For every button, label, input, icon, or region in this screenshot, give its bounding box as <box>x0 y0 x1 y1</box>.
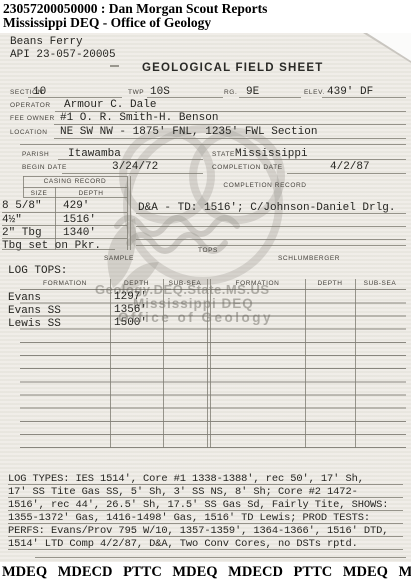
casing-size-header: SIZE <box>23 190 55 197</box>
begin-date-value: 3/24/72 <box>112 161 158 173</box>
formation-row-2: Evans SS <box>8 305 61 317</box>
rg-label: RG. <box>224 89 237 96</box>
completion-date-label: COMPLETION DATE <box>212 164 283 171</box>
completion-date-value: 4/2/87 <box>330 161 370 173</box>
sample-label: SAMPLE <box>104 255 134 262</box>
operator-label: OPERATOR <box>10 102 51 109</box>
fee-owner-label: FEE OWNER <box>10 115 55 122</box>
formation-row-3: Lewis SS <box>8 318 61 330</box>
formation-row-1: Evans <box>8 292 41 304</box>
api-number: API 23-057-20005 <box>10 49 116 61</box>
casing-depth-1: 429' <box>63 200 89 212</box>
schlumberger-label: SCHLUMBERGER <box>278 255 340 262</box>
casing-size-1: 8 5/8" <box>2 200 42 212</box>
fee-owner-value: #1 O. R. Smith-H. Benson <box>60 112 218 124</box>
well-name: Beans Ferry <box>10 36 83 48</box>
log-tops-label: LOG TOPS: <box>8 265 67 277</box>
parish-label: PARISH <box>22 151 49 158</box>
stray-mark <box>110 65 119 67</box>
casing-record-title: CASING RECORD <box>23 178 127 185</box>
begin-date-label: BEGIN DATE <box>22 164 67 171</box>
location-value: NE SW NW - 1875' FNL, 1235' FWL Section <box>60 126 317 138</box>
footer-watermark-row: MDEQ MDECD PTTC MDEQ MDECD PTTC MDEQ MDE… <box>2 564 411 581</box>
corner-curl <box>367 33 411 61</box>
elev-label: ELEV. <box>304 89 325 96</box>
state-label: STATE <box>212 151 235 158</box>
scout-report-page: 23057200050000 : Dan Morgan Scout Report… <box>0 0 411 582</box>
operator-value: Armour C. Dale <box>64 99 156 111</box>
casing-note: Tbg set on Pkr. <box>2 240 101 252</box>
twp-label: TWP <box>128 89 144 96</box>
depth-row-2: 1356' <box>114 304 147 316</box>
depth-row-1: 1297' <box>114 291 147 303</box>
completion-record-title: COMPLETION RECORD <box>180 182 350 189</box>
depth-row-3: 1500' <box>114 317 147 329</box>
location-label: LOCATION <box>10 129 48 136</box>
scanned-field-sheet: Geology.DEQ.State.MS.US Mississippi DEQ … <box>0 33 411 562</box>
agency-title: Mississippi DEQ - Office of Geology <box>3 15 211 31</box>
tops-label: TOPS <box>198 247 218 254</box>
casing-depth-header: DEPTH <box>55 190 127 197</box>
log-tops-grid <box>20 277 406 449</box>
form-title: GEOLOGICAL FIELD SHEET <box>142 62 323 74</box>
